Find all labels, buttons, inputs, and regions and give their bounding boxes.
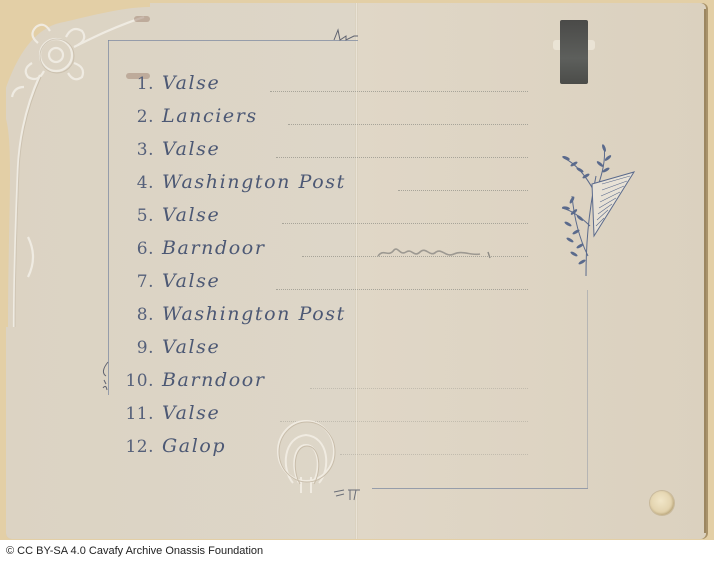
punched-hole xyxy=(650,491,674,515)
item-number: 10. xyxy=(110,371,154,391)
item-number: 9. xyxy=(110,338,154,358)
frame-top-line xyxy=(108,40,358,41)
signature-line xyxy=(340,454,528,455)
signature-line xyxy=(310,388,528,389)
item-dance: Washington Post xyxy=(162,303,346,325)
license-caption: © CC BY-SA 4.0 Cavafy Archive Onassis Fo… xyxy=(6,545,263,557)
item-dance: Barndoor xyxy=(162,369,266,391)
item-dance: Valse xyxy=(162,336,220,358)
frame-right-line xyxy=(587,290,588,488)
item-dance: Valse xyxy=(162,270,220,292)
card-right-page xyxy=(356,3,706,539)
item-dance: Valse xyxy=(162,138,220,160)
signature-line xyxy=(276,289,528,290)
program-item: 1. Valse xyxy=(110,72,220,98)
pencil-mark-top xyxy=(330,28,370,44)
item-number: 11. xyxy=(110,404,154,424)
signature-line xyxy=(398,190,528,191)
tape-strip xyxy=(560,20,588,84)
item-number: 6. xyxy=(110,239,154,259)
rust-stain xyxy=(134,16,150,22)
pencil-mark-left xyxy=(98,360,112,400)
signature-line xyxy=(282,223,528,224)
archive-photo: 1. Valse 2. Lanciers 3. Valse 4. Washing… xyxy=(0,0,714,540)
item-number: 3. xyxy=(110,140,154,160)
item-dance: Galop xyxy=(162,435,226,457)
program-item: 8. Washington Post xyxy=(110,303,346,329)
frame-left-line xyxy=(108,40,109,395)
botanical-fan-illustration-icon xyxy=(556,136,646,281)
item-number: 5. xyxy=(110,206,154,226)
signature-line xyxy=(276,157,528,158)
program-item: 9. Valse xyxy=(110,336,220,362)
item-dance: Washington Post xyxy=(162,171,346,193)
item-dance: Barndoor xyxy=(162,237,266,259)
program-item: 7. Valse xyxy=(110,270,220,296)
program-item: 3. Valse xyxy=(110,138,220,164)
item-dance: Valse xyxy=(162,204,220,226)
program-item: 4. Washington Post xyxy=(110,171,346,197)
center-fold xyxy=(355,3,358,539)
program-item: 10. Barndoor xyxy=(110,369,266,395)
item-number: 2. xyxy=(110,107,154,127)
program-item: 11. Valse xyxy=(110,402,220,428)
frame-bottom-line xyxy=(372,488,588,489)
program-item: 12. Galop xyxy=(110,435,226,461)
signature-line xyxy=(270,91,528,92)
program-item: 6. Barndoor xyxy=(110,237,266,263)
item-number: 4. xyxy=(110,173,154,193)
item-number: 8. xyxy=(110,305,154,325)
item-dance: Lanciers xyxy=(162,105,258,127)
item-dance: Valse xyxy=(162,402,220,424)
program-item: 5. Valse xyxy=(110,204,220,230)
signature-line xyxy=(288,124,528,125)
item-number: 1. xyxy=(110,74,154,94)
item-number: 7. xyxy=(110,272,154,292)
item-number: 12. xyxy=(110,437,154,457)
card-edge-shadow xyxy=(704,9,706,533)
handwritten-pencil-note xyxy=(376,240,496,266)
item-dance: Valse xyxy=(162,72,220,94)
program-item: 2. Lanciers xyxy=(110,105,258,131)
embossed-horseshoe-seal-icon xyxy=(273,417,339,497)
